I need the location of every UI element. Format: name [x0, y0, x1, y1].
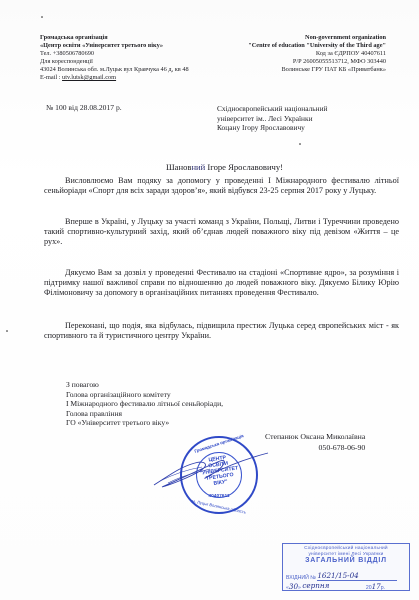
salutation: Шановний Ігоре Ярославовичу! [166, 162, 283, 172]
org-address: 43024 Волинська обл. м.Луцьк вул Кравчук… [40, 66, 189, 74]
signer-phone: 050-678-06-90 [265, 443, 365, 453]
signer-name: Степанюк Оксана Миколаївна [265, 432, 365, 442]
salutation-prefix: Шанов [166, 162, 191, 172]
org-phone: Тел. +380506780690 [40, 50, 189, 58]
org-edrpou: Код за ЄДРПОУ 40407611 [248, 50, 386, 58]
closing-title-4: ГО «Університет третього віку» [66, 418, 223, 428]
seal-ring-bottom: м. Луцьк Волинська область [182, 496, 255, 516]
org-type-ua: Громадська організація [40, 34, 189, 42]
org-name-en: "Centre of education "University of the … [248, 42, 386, 50]
paragraph-text: Висловлюємо Вам подяку за допомогу у про… [44, 176, 399, 195]
closing-title-2: І Міжнародного фестивалю літньої сеньйор… [66, 399, 223, 409]
body-paragraph-3: Дякуємо Вам за дозвіл у проведенні Фести… [44, 268, 399, 299]
org-email-line: E-mail : utv.lutsk@gmail.com [40, 74, 189, 82]
body-paragraph-2: Вперше в Україні, у Луцьку за участі ком… [44, 217, 399, 248]
closing-title-3: Голова правління [66, 409, 223, 419]
stamp-incoming-number: 1621/15-04 [317, 571, 358, 580]
letter-reference: № 100 від 28.08.2017 р. [46, 103, 122, 112]
paragraph-text: Переконані, що подія, яка відбулась, під… [44, 321, 399, 340]
correspondence-label: Для кореспонденції [40, 58, 189, 66]
closing-title-1: Голова організаційного комітету [66, 390, 223, 400]
paragraph-text: Дякуємо Вам за дозвіл у проведенні Фести… [44, 268, 399, 297]
addressee-line-2: університет ім.. Лесі Українки [217, 114, 328, 124]
org-account: Р/Р 26005055513712, МФО 303440 [248, 58, 386, 66]
letterhead-right: Non-government organization "Centre of e… [248, 34, 386, 74]
salutation-correction: ний [191, 162, 205, 172]
stamp-year-end: р. [381, 585, 385, 591]
stamp-date-row: «30» серпня 2017р. [286, 581, 406, 591]
stamp-department: ЗАГАЛЬНИЙ ВІДДІЛ [283, 557, 409, 565]
closing-block: З повагою Голова організаційного комітет… [66, 380, 223, 428]
signer-block: Степанюк Оксана Миколаївна 050-678-06-90 [265, 432, 365, 453]
paragraph-text: Вперше в Україні, у Луцьку за участі ком… [44, 217, 399, 246]
scan-speck [41, 16, 43, 18]
body-paragraph-1: Висловлюємо Вам подяку за допомогу у про… [44, 176, 399, 196]
addressee-block: Східноєвропейський національний універси… [217, 104, 328, 133]
org-bank: Волинське ГРУ ПАТ КБ «Приватбанк» [248, 66, 386, 74]
stamp-day: 30 [289, 582, 298, 591]
handwritten-signature-icon [150, 445, 270, 495]
addressee-line-1: Східноєвропейський національний [217, 104, 328, 114]
registration-stamp: Східноєвропейський національний універси… [282, 543, 410, 591]
org-name-ua: «Центр освіти «Університет третього віку… [40, 42, 189, 50]
email-label: E-mail : [40, 74, 62, 81]
letterhead-left: Громадська організація «Центр освіти «Ун… [40, 34, 189, 83]
scan-speck [6, 330, 8, 332]
addressee-line-3: Коцану Ігору Ярославовичу [217, 123, 328, 133]
closing-regards: З повагою [66, 380, 223, 390]
stamp-month: серпня [302, 581, 329, 590]
stamp-incoming-row: ВХІДНИЙ № 1621/15-04 [286, 571, 406, 581]
body-paragraph-4: Переконані, що подія, яка відбулась, під… [44, 321, 399, 341]
scan-speck [299, 143, 301, 145]
org-type-en: Non-government organization [248, 34, 386, 42]
stamp-year-suffix: 17 [372, 582, 381, 591]
email-link[interactable]: utv.lutsk@gmail.com [62, 74, 116, 81]
salutation-rest: Ігоре Ярославовичу! [205, 162, 283, 172]
letter-page: Громадська організація «Центр освіти «Ун… [0, 0, 419, 600]
